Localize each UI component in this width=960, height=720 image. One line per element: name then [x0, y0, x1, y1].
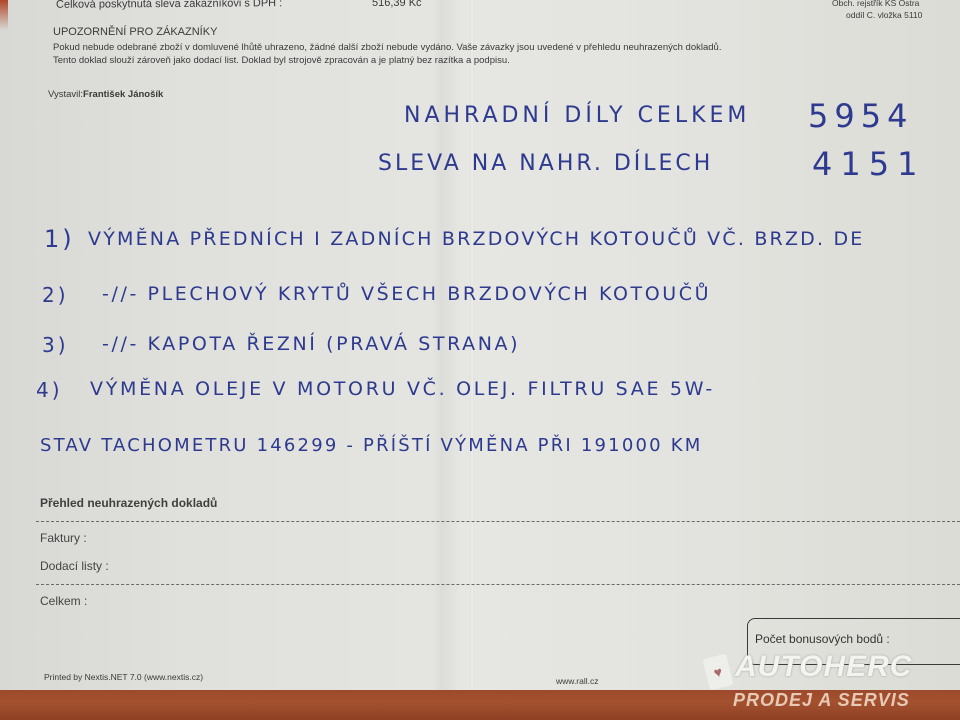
total-label: Celkem :	[40, 594, 87, 608]
discount-label: Celková poskytnutá sleva zákazníkovi s D…	[56, 0, 282, 11]
work-item-number: 2)	[42, 283, 69, 307]
registry-line-1: Obch. rejstřík KS Ostra	[832, 0, 919, 8]
receipt-paper: Celková poskytnutá sleva zákazníkovi s D…	[0, 0, 960, 692]
printed-by: Printed by Nextis.NET 7.0 (www.nextis.cz…	[44, 672, 203, 682]
brand-tagline: PRODEJ A SERVIS	[733, 690, 910, 711]
issued-by-name: František Jánošík	[83, 89, 163, 100]
work-item-number: 1)	[44, 225, 75, 253]
work-item-text: -//- PLECHOVÝ KRYTŮ VŠECH BRZDOVÝCH KOTO…	[102, 283, 711, 305]
notice-title: UPOZORNĚNÍ PRO ZÁKAZNÍKY	[53, 26, 217, 38]
work-item-number: 4)	[36, 378, 63, 402]
issued-by: Vystavil:František Jánošík	[48, 89, 163, 100]
parts-total-label: NAHRADNÍ DÍLY CELKEM	[404, 103, 750, 128]
notice-line-1: Pokud nebude odebrané zboží v domluvené …	[53, 42, 721, 53]
odometer-note: STAV TACHOMETRU 146299 - PŘÍŠTÍ VÝMĚNA P…	[40, 435, 702, 456]
notice-line-2: Tento doklad slouží zároveň jako dodací …	[53, 55, 510, 66]
parts-total-value: 5954	[808, 97, 913, 135]
red-corner-edge	[0, 0, 8, 30]
bonus-points-label: Počet bonusových bodů :	[755, 632, 890, 646]
dotted-divider	[36, 584, 960, 585]
work-item-text: -//- KAPOTA ŘEZNÍ (PRAVÁ STRANA)	[102, 333, 520, 355]
delivery-notes-label: Dodací listy :	[40, 559, 109, 573]
issued-by-label: Vystavil:	[48, 89, 83, 100]
invoices-label: Faktury :	[40, 531, 87, 545]
brand-logo: AUTOHERC	[735, 650, 912, 684]
dotted-divider	[36, 521, 960, 522]
work-item-text: VÝMĚNA OLEJE V MOTORU VČ. OLEJ. FILTRU S…	[90, 378, 715, 400]
registry-line-2: oddíl C. vložka 5110	[846, 10, 922, 20]
parts-discount-value: 4151	[812, 145, 925, 183]
parts-discount-label: SLEVA NA NAHR. DÍLECH	[378, 151, 713, 176]
overview-title: Přehled neuhrazených dokladů	[40, 496, 217, 510]
work-item-number: 3)	[42, 333, 69, 357]
discount-value: 516,39 Kč	[372, 0, 422, 9]
website: www.rall.cz	[556, 676, 599, 686]
work-item-text: VÝMĚNA PŘEDNÍCH I ZADNÍCH BRZDOVÝCH KOTO…	[88, 228, 865, 250]
